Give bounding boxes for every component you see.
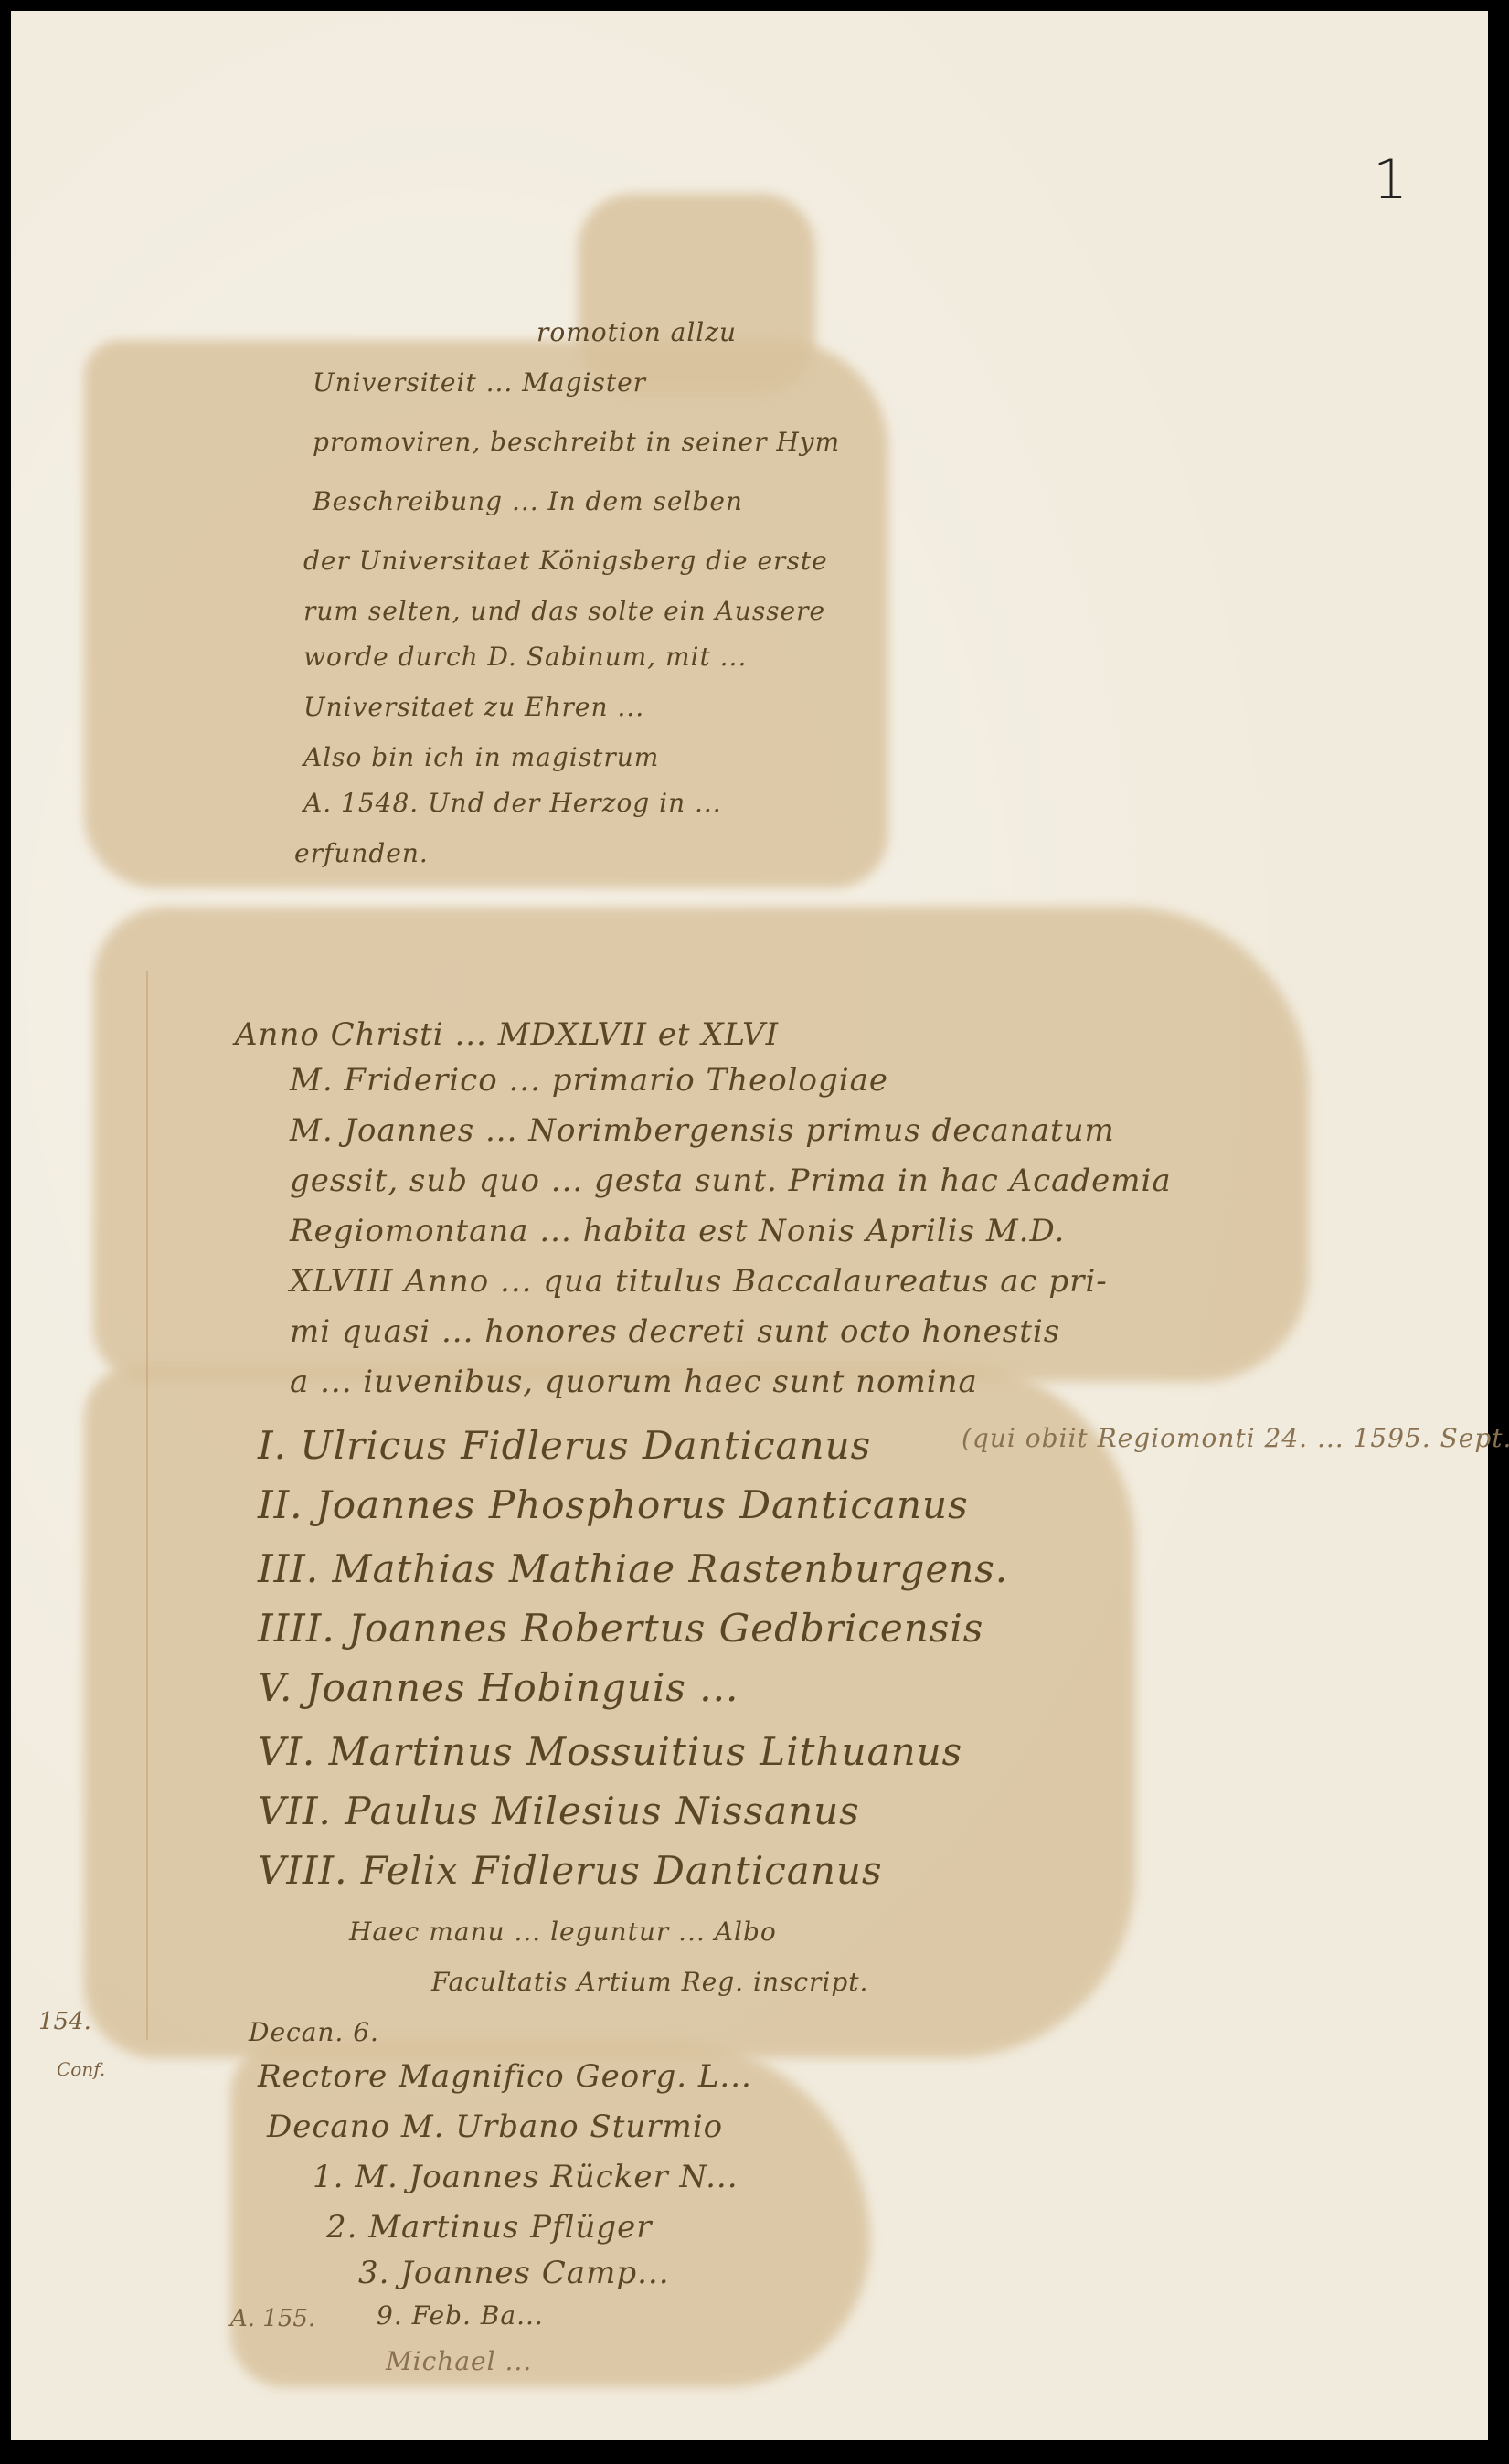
graduate-entry: IIII. Joannes Robertus Gedbricensis <box>258 1606 983 1651</box>
graduate-name: Martinus Mossuitius Lithuanus <box>329 1729 963 1774</box>
closing-line: Haec manu ... leguntur ... Albo <box>349 1917 777 1947</box>
manuscript-page: 1 romotion allzu Universiteit ... Magist… <box>11 11 1488 2440</box>
german-line: worde durch D. Sabinum, mit ... <box>303 642 747 672</box>
paper-stain <box>578 194 815 395</box>
paper-stain <box>84 1364 1135 2058</box>
graduate-entry: VIII. Felix Fidlerus Danticanus <box>258 1848 883 1893</box>
graduate-name: Joannes Hobinguis ... <box>306 1665 739 1710</box>
graduate-name: Joannes Robertus Gedbricensis <box>348 1606 983 1651</box>
german-line: romotion allzu <box>537 317 737 347</box>
margin-date: A. 155. <box>230 2305 315 2332</box>
graduate-entry: I. Ulricus Fidlerus Danticanus <box>258 1423 871 1468</box>
rector-line: 9. Feb. Ba... <box>377 2300 544 2331</box>
closing-line: Facultatis Artium Reg. inscript. <box>431 1967 868 1997</box>
latin-line: gessit, sub quo ... gesta sunt. Prima in… <box>290 1163 1172 1199</box>
german-line: rum selten, und das solte ein Aussere <box>303 596 825 626</box>
latin-line: XLVIII Anno ... qua titulus Baccalaureat… <box>290 1263 1108 1300</box>
rector-line: 3. Joannes Camp... <box>358 2255 670 2291</box>
margin-note: Conf. <box>57 2058 105 2080</box>
graduate-entry: II. Joannes Phosphorus Danticanus <box>258 1482 969 1527</box>
german-line: der Universitaet Königsberg die erste <box>303 546 828 576</box>
latin-line: M. Joannes ... Norimbergensis primus dec… <box>290 1112 1115 1149</box>
marginal-heading: Decan. 6. <box>249 2017 379 2047</box>
graduate-numeral: IIII. <box>258 1606 335 1651</box>
graduate-numeral: I. <box>258 1423 287 1468</box>
graduate-name: Mathias Mathiae Rastenburgens. <box>332 1546 1008 1591</box>
graduate-name: Paulus Milesius Nissanus <box>345 1789 860 1833</box>
margin-note: 154. <box>38 2008 91 2035</box>
graduate-numeral: II. <box>258 1482 303 1527</box>
german-line: erfunden. <box>294 838 429 868</box>
rector-line: 1. M. Joannes Rücker N... <box>313 2159 739 2195</box>
german-line: promoviren, beschreibt in seiner Hym <box>313 427 840 457</box>
latin-line: a ... iuvenibus, quorum haec sunt nomina <box>290 1364 978 1400</box>
german-line: Universiteit ... Magister <box>313 367 646 398</box>
german-line: Also bin ich in magistrum <box>303 742 659 772</box>
german-line: Beschreibung ... In dem selben <box>313 486 743 516</box>
margin-rule <box>146 971 148 2040</box>
graduate-entry: V. Joannes Hobinguis ... <box>258 1665 739 1710</box>
graduate-numeral: V. <box>258 1665 292 1710</box>
rector-line: 2. Martinus Pflüger <box>326 2209 653 2246</box>
graduate-entry: III. Mathias Mathiae Rastenburgens. <box>258 1546 1008 1591</box>
german-line: A. 1548. Und der Herzog in ... <box>303 788 722 818</box>
graduate-numeral: VI. <box>258 1729 315 1774</box>
graduate-numeral: VIII. <box>258 1848 347 1893</box>
graduate-name: Joannes Phosphorus Danticanus <box>316 1482 969 1527</box>
folio-number: 1 <box>1373 148 1408 212</box>
latin-line: mi quasi ... honores decreti sunt octo h… <box>290 1313 1060 1350</box>
rector-line: Decano M. Urbano Sturmio <box>267 2108 723 2145</box>
graduate-entry: VI. Martinus Mossuitius Lithuanus <box>258 1729 962 1774</box>
graduate-name: Ulricus Fidlerus Danticanus <box>300 1423 871 1468</box>
graduate-entry: VII. Paulus Milesius Nissanus <box>258 1789 860 1833</box>
latin-line: Regiomontana ... habita est Nonis Aprili… <box>290 1213 1065 1249</box>
rector-line: Rectore Magnifico Georg. L... <box>258 2058 752 2095</box>
german-line: Universitaet zu Ehren ... <box>303 692 644 722</box>
latin-line: Anno Christi ... MDXLVII et XLVI <box>235 1016 779 1053</box>
rector-line: Michael ... <box>386 2346 532 2376</box>
graduate-numeral: III. <box>258 1546 319 1591</box>
graduate-name: Felix Fidlerus Danticanus <box>361 1848 883 1893</box>
latin-line: M. Friderico ... primario Theologiae <box>290 1062 888 1099</box>
graduate-note: (qui obiit Regiomonti 24. ... 1595. Sept… <box>962 1423 1509 1453</box>
graduate-numeral: VII. <box>258 1789 332 1833</box>
